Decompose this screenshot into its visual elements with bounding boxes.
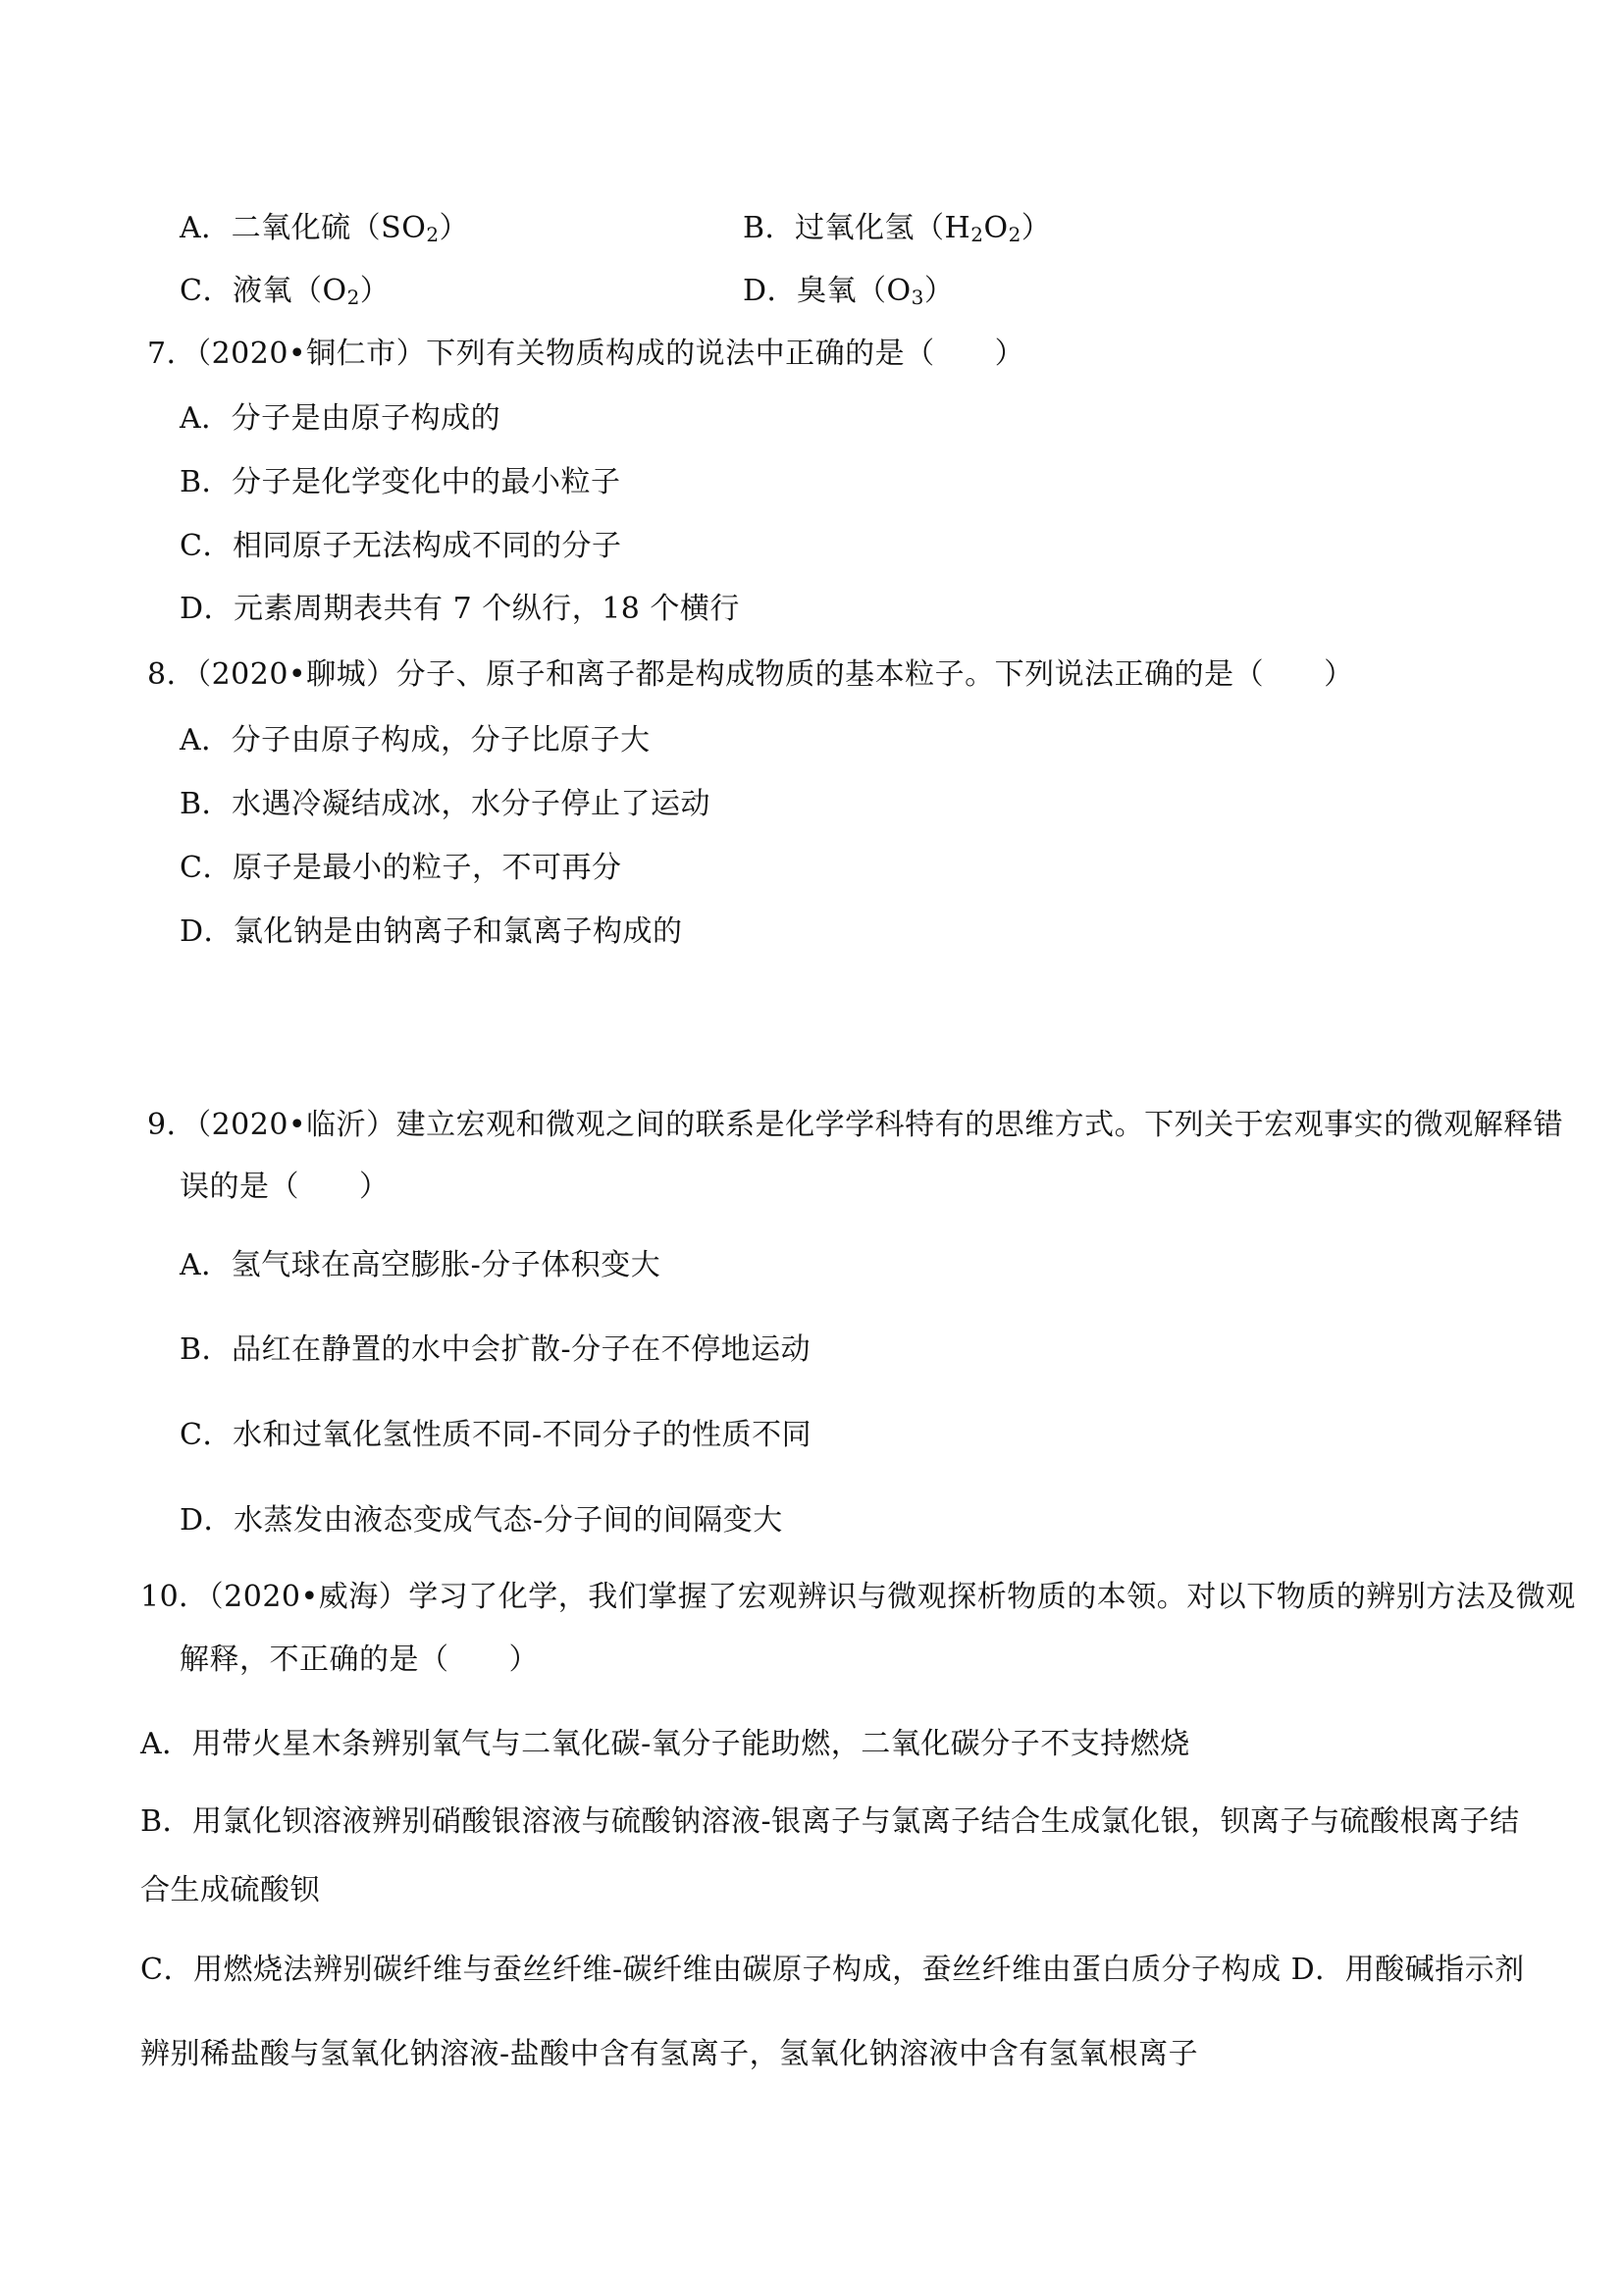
subscript: 2 xyxy=(970,223,983,246)
question-8-option-d: D．氯化钠是由钠离子和氯离子构成的 xyxy=(180,913,683,952)
q6-option-c-text: C．液氧（O xyxy=(180,274,347,308)
subscript: 3 xyxy=(912,286,924,309)
question-7-option-a: A．分子是由原子构成的 xyxy=(180,399,500,439)
q6-option-d-text: D．臭氧（O xyxy=(743,274,912,308)
subscript: 2 xyxy=(347,286,360,309)
question-10-option-a: A．用带火星木条辨别氧气与二氧化碳-氧分子能助燃，二氧化碳分子不支持燃烧 xyxy=(140,1725,1190,1764)
question-9-option-a: A．氢气球在高空膨胀-分子体积变大 xyxy=(180,1246,660,1285)
q6-option-c: C．液氧（O2） xyxy=(180,272,390,311)
question-8-option-c: C．原子是最小的粒子，不可再分 xyxy=(180,849,621,888)
question-9-stem: 9．（2020•临沂）建立宏观和微观之间的联系是化学学科特有的思维方式。下列关于… xyxy=(147,1106,1563,1145)
question-10-option-b: B．用氯化钡溶液辨别硝酸银溶液与硫酸钠溶液-银离子与氯离子结合生成氯化银，钡离子… xyxy=(140,1802,1520,1842)
q6-option-b-end: ） xyxy=(1021,211,1052,245)
question-8-option-b: B．水遇冷凝结成冰，水分子停止了运动 xyxy=(180,785,710,824)
question-10-option-b-cont: 合生成硫酸钡 xyxy=(140,1871,320,1910)
q6-option-a-end: ） xyxy=(440,211,470,245)
q6-option-a: A．二氧化硫（SO2） xyxy=(180,209,469,248)
question-9-option-b: B．品红在静置的水中会扩散-分子在不停地运动 xyxy=(180,1331,811,1370)
question-10-option-c-d: C．用燃烧法辨别碳纤维与蚕丝纤维-碳纤维由碳原子构成，蚕丝纤维由蛋白质分子构成 … xyxy=(140,1951,1525,1990)
question-7-option-d: D．元素周期表共有 7 个纵行，18 个横行 xyxy=(180,590,740,629)
question-9-stem-cont: 误的是（ ） xyxy=(180,1168,390,1207)
question-7-stem: 7．（2020•铜仁市）下列有关物质构成的说法中正确的是（ ） xyxy=(147,335,1024,374)
question-10-stem: 10．（2020•威海）学习了化学，我们掌握了宏观辨识与微观探析物质的本领。对以… xyxy=(140,1578,1576,1617)
question-8-option-a: A．分子由原子构成，分子比原子大 xyxy=(180,721,651,760)
subscript: 2 xyxy=(426,223,439,246)
question-7-option-b: B．分子是化学变化中的最小粒子 xyxy=(180,463,621,502)
q6-option-c-end: ） xyxy=(360,274,391,308)
q6-option-b-text: B．过氧化氢（H xyxy=(743,211,970,245)
q6-option-b: B．过氧化氢（H2O2） xyxy=(743,209,1051,248)
q6-option-b-mid: O xyxy=(983,211,1008,245)
question-8-stem: 8．（2020•聊城）分子、原子和离子都是构成物质的基本粒子。下列说法正确的是（… xyxy=(147,655,1354,695)
question-9-option-d: D．水蒸发由液态变成气态-分子间的间隔变大 xyxy=(180,1501,783,1540)
q6-option-a-text: A．二氧化硫（SO xyxy=(180,211,426,245)
subscript: 2 xyxy=(1009,223,1021,246)
question-7-option-c: C．相同原子无法构成不同的分子 xyxy=(180,527,621,566)
q6-option-d: D．臭氧（O3） xyxy=(743,272,954,311)
q6-option-d-end: ） xyxy=(924,274,955,308)
question-10-option-d-cont: 辨别稀盐酸与氢氧化钠溶液-盐酸中含有氢离子，氢氧化钠溶液中含有氢氧根离子 xyxy=(140,2035,1198,2074)
question-10-stem-cont: 解释，不正确的是（ ） xyxy=(180,1641,539,1680)
question-9-option-c: C．水和过氧化氢性质不同-不同分子的性质不同 xyxy=(180,1416,811,1455)
